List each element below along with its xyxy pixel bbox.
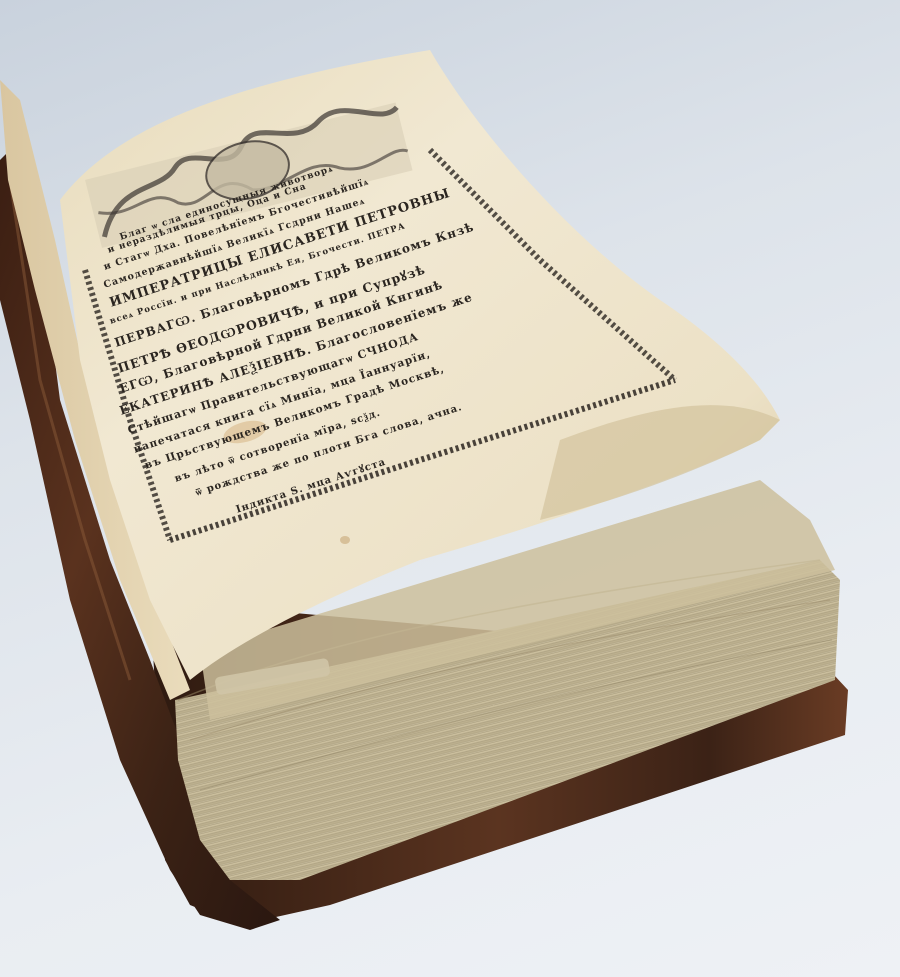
- book-illustration: [0, 0, 900, 977]
- photo-scene: Благ ѡ сла единосущныя животворѧ и нераз…: [0, 0, 900, 977]
